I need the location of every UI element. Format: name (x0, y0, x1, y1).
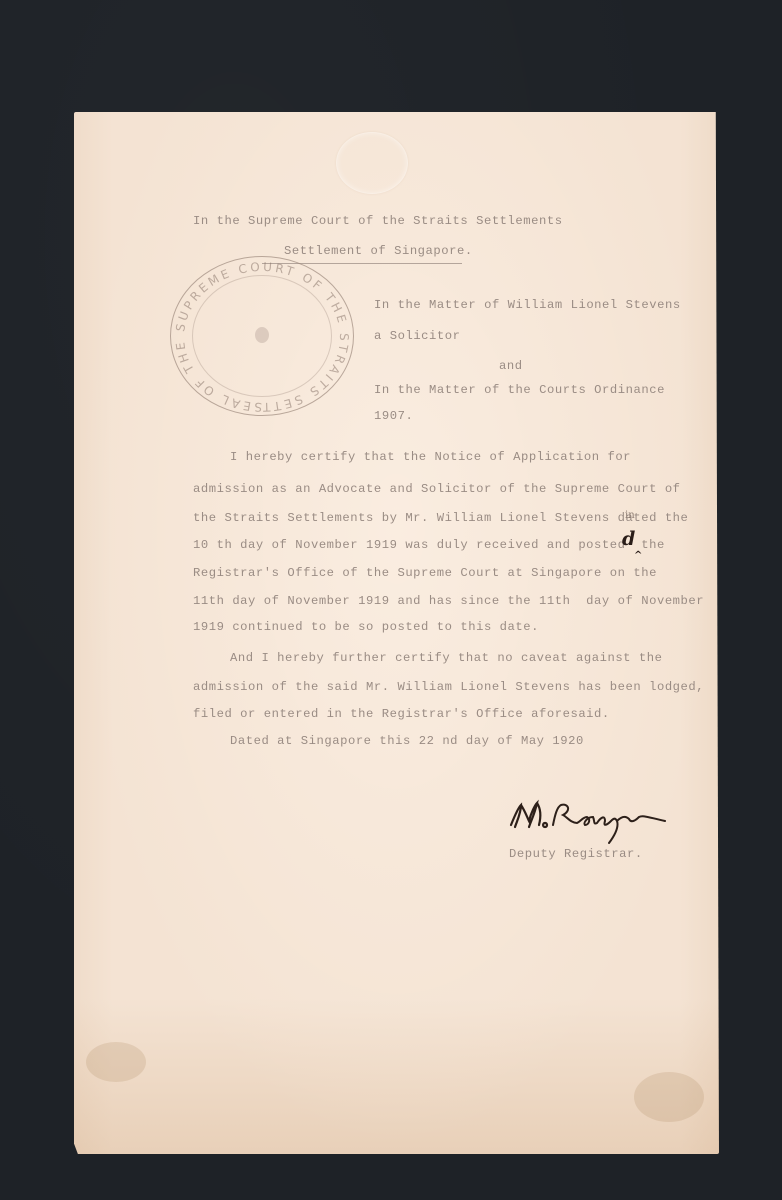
body-line: the Straits Settlements by Mr. William L… (193, 512, 688, 524)
dated-line: Dated at Singapore this 22 nd day of May… (230, 735, 584, 747)
body-line: I hereby certify that the Notice of Appl… (230, 451, 631, 463)
seal-crest (255, 327, 269, 343)
signatory-title: Deputy Registrar. (509, 848, 643, 860)
settlement-heading: Settlement of Singapore. (284, 245, 473, 257)
age-stain (634, 1072, 704, 1122)
matter-line-4: 1907. (374, 410, 413, 422)
signature-icon (505, 795, 685, 845)
body-line: admission as an Advocate and Solicitor o… (193, 483, 681, 495)
matter-line-3: In the Matter of the Courts Ordinance (374, 384, 665, 396)
court-heading: In the Supreme Court of the Straits Sett… (193, 215, 563, 227)
body-line: 1919 continued to be so posted to this d… (193, 621, 539, 633)
body-line: And I hereby further certify that no cav… (230, 652, 663, 664)
body-line: 11th day of November 1919 and has since … (193, 595, 704, 607)
body-line: admission of the said Mr. William Lionel… (193, 681, 704, 693)
handwritten-d-correction: d (622, 528, 635, 550)
caret-mark-icon: ^ (634, 550, 642, 561)
body-line: filed or entered in the Registrar's Offi… (193, 708, 610, 720)
court-seal-stamp-icon: SEAL OF THE SUPREME COURT OF THE STRAITS… (170, 256, 354, 416)
matter-line-1: In the Matter of William Lionel Stevens (374, 299, 681, 311)
matter-connector: and (499, 360, 523, 372)
embossed-seal-icon (336, 132, 408, 194)
body-line: 10 th day of November 1919 was duly rece… (193, 539, 665, 551)
handwritten-insertion-in: in (625, 510, 635, 521)
body-line: Registrar's Office of the Supreme Court … (193, 567, 657, 579)
matter-line-2: a Solicitor (374, 330, 461, 342)
age-stain (86, 1042, 146, 1082)
